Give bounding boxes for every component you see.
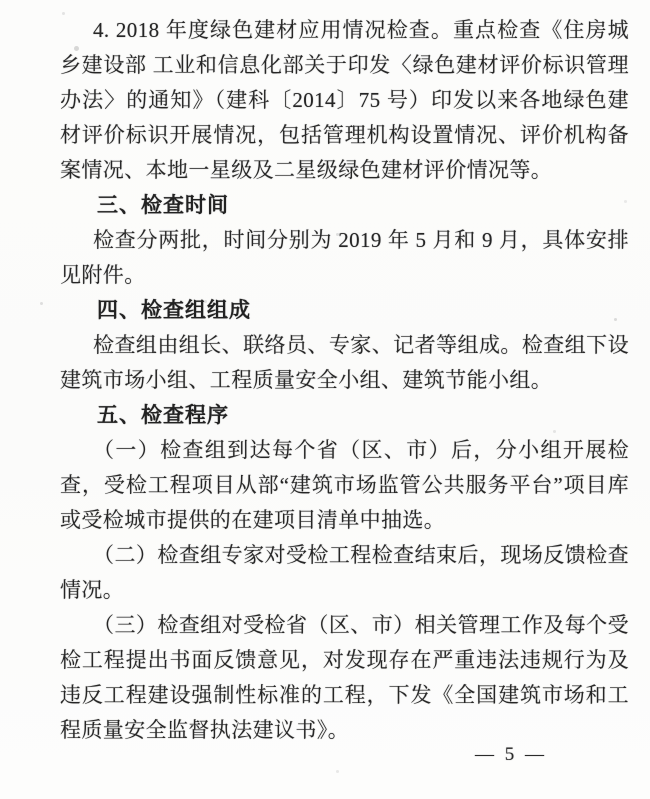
heading-inspection-team-composition: 四、检查组组成 [60, 293, 629, 328]
paragraph-green-building-materials-check: 4. 2018 年度绿色建材应用情况检查。重点检查《住房城乡建设部 工业和信息化… [60, 13, 629, 188]
paragraph-procedure-step-1: （一）检查组到达每个省（区、市）后，分小组开展检查，受检工程项目从部“建筑市场监… [60, 433, 629, 538]
scan-noise-specks [0, 0, 3, 3]
paragraph-team-members: 检查组由组长、联络员、专家、记者等组成。检查组下设建筑市场小组、工程质量安全小组… [60, 328, 629, 398]
paragraph-procedure-step-3: （三）检查组对受检省（区、市）相关管理工作及每个受检工程提出书面反馈意见，对发现… [60, 608, 629, 748]
scanned-document-page: 4. 2018 年度绿色建材应用情况检查。重点检查《住房城乡建设部 工业和信息化… [0, 0, 650, 799]
heading-inspection-procedure: 五、检查程序 [60, 398, 629, 433]
page-number: — 5 — [475, 744, 547, 766]
paragraph-procedure-step-2: （二）检查组专家对受检工程检查结束后，现场反馈检查情况。 [60, 538, 629, 608]
paragraph-inspection-schedule: 检查分两批，时间分别为 2019 年 5 月和 9 月，具体安排见附件。 [60, 223, 629, 293]
document-body: 4. 2018 年度绿色建材应用情况检查。重点检查《住房城乡建设部 工业和信息化… [60, 13, 629, 748]
heading-inspection-time: 三、检查时间 [60, 188, 629, 223]
